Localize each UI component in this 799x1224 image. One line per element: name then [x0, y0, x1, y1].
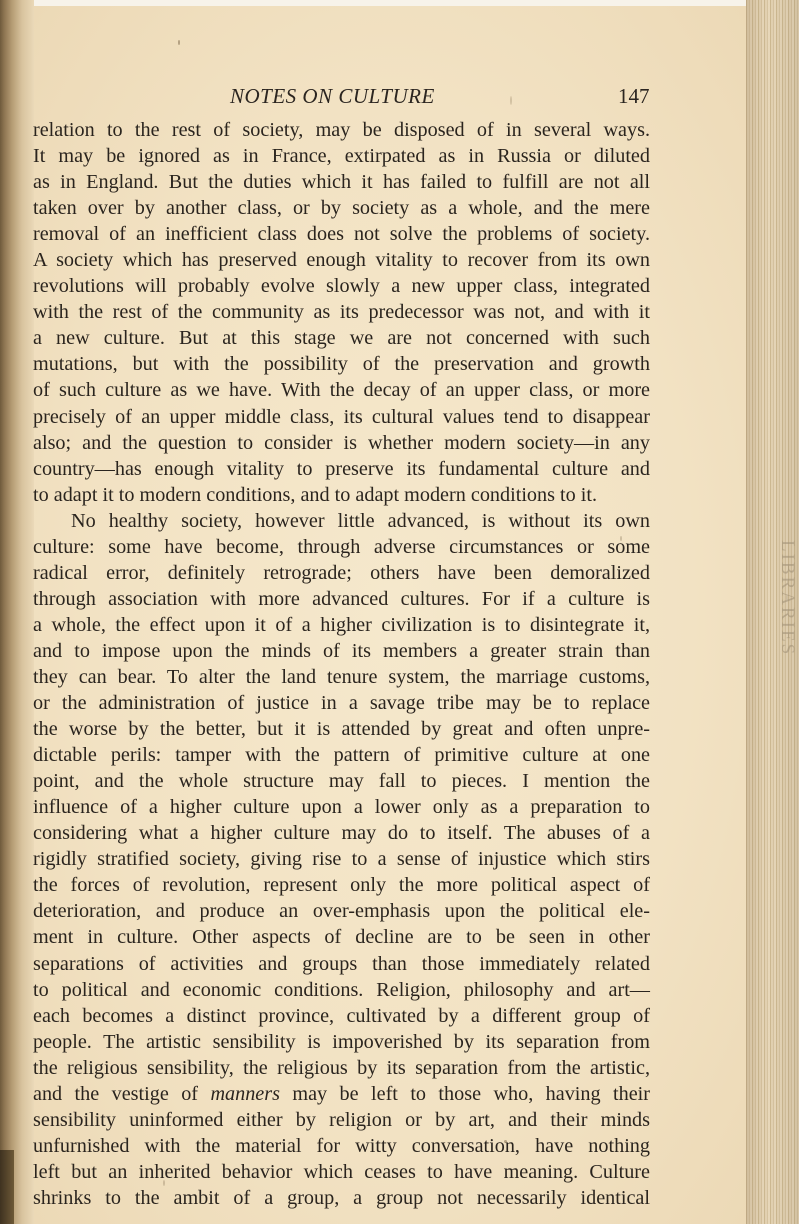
text-line: they can bear. To alter the land tenure …	[33, 664, 650, 690]
book-gutter-shadow	[0, 0, 34, 1224]
text-line: and to impose upon the minds of its memb…	[33, 638, 650, 664]
text-line: relation to the rest of society, may be …	[33, 117, 650, 143]
text-line: A society which has preserved enough vit…	[33, 247, 650, 273]
text-line: the religious sensibility, the religious…	[33, 1055, 650, 1081]
text-line: or the administration of justice in a sa…	[33, 690, 650, 716]
text-line: the worse by the better, but it is atten…	[33, 716, 650, 742]
paper-speck	[504, 1140, 507, 1143]
text-line: sensibility uninformed either by religio…	[33, 1107, 650, 1133]
text-line: It may be ignored as in France, extirpat…	[33, 143, 650, 169]
text-line: influence of a higher culture upon a low…	[33, 794, 650, 820]
scanned-book-page: LIBRARIES NOTES ON CULTURE 147 relation …	[0, 0, 799, 1224]
text-line: mutations, but with the possibility of t…	[33, 351, 650, 377]
text-line: revolutions will probably evolve slowly …	[33, 273, 650, 299]
paper-speck	[178, 40, 180, 45]
text-line: removal of an inefficient class does not…	[33, 221, 650, 247]
text-line: also; and the question to consider is wh…	[33, 430, 650, 456]
text-line: rigidly stratified society, giving rise …	[33, 846, 650, 872]
text-line: to adapt it to modern conditions, and to…	[33, 482, 650, 508]
text-line: of such culture as we have. With the dec…	[33, 377, 650, 403]
text-line: as in England. But the duties which it h…	[33, 169, 650, 195]
page-number: 147	[618, 84, 650, 109]
text-line: culture: some have become, through adver…	[33, 534, 650, 560]
text-line: with the rest of the community as its pr…	[33, 299, 650, 325]
text-line: dictable perils: tamper with the pattern…	[33, 742, 650, 768]
paper-speck	[163, 1180, 165, 1186]
text-line: shrinks to the ambit of a group, a group…	[33, 1185, 650, 1211]
book-spine-edge	[0, 1150, 14, 1224]
text-line: a whole, the effect upon it of a higher …	[33, 612, 650, 638]
text-line: a new culture. But at this stage we are …	[33, 325, 650, 351]
text-line: people. The artistic sensibility is impo…	[33, 1029, 650, 1055]
running-head-title: NOTES ON CULTURE	[230, 84, 435, 109]
italic-emphasis: manners	[210, 1083, 280, 1105]
paper-speck	[620, 536, 622, 541]
text-line: precisely of an upper middle class, its …	[33, 404, 650, 430]
text-line: radical error, definitely retrograde; ot…	[33, 560, 650, 586]
text-line: point, and the whole structure may fall …	[33, 768, 650, 794]
text-line: No healthy society, however little advan…	[33, 508, 650, 534]
text-line: through association with more advanced c…	[33, 586, 650, 612]
body-text: relation to the rest of society, may be …	[33, 117, 650, 1211]
running-head: NOTES ON CULTURE 147	[34, 84, 746, 110]
text-line: to political and economic conditions. Re…	[33, 977, 650, 1003]
text-line: the forces of revolution, represent only…	[33, 872, 650, 898]
text-line: country—has enough vitality to preserve …	[33, 456, 650, 482]
text-line: unfurnished with the material for witty …	[33, 1133, 650, 1159]
text-line: ment in culture. Other aspects of declin…	[33, 924, 650, 950]
text-line: taken over by another class, or by socie…	[33, 195, 650, 221]
library-edge-stamp: LIBRARIES	[778, 540, 798, 800]
paper-speck	[510, 96, 512, 105]
text-line: and the vestige of manners may be left t…	[33, 1081, 650, 1107]
text-line: deterioration, and produce an over-empha…	[33, 898, 650, 924]
text-line: separations of activities and groups tha…	[33, 951, 650, 977]
text-line: considering what a higher culture may do…	[33, 820, 650, 846]
text-line: each becomes a distinct province, cultiv…	[33, 1003, 650, 1029]
text-line: left but an inherited behavior which cea…	[33, 1159, 650, 1185]
